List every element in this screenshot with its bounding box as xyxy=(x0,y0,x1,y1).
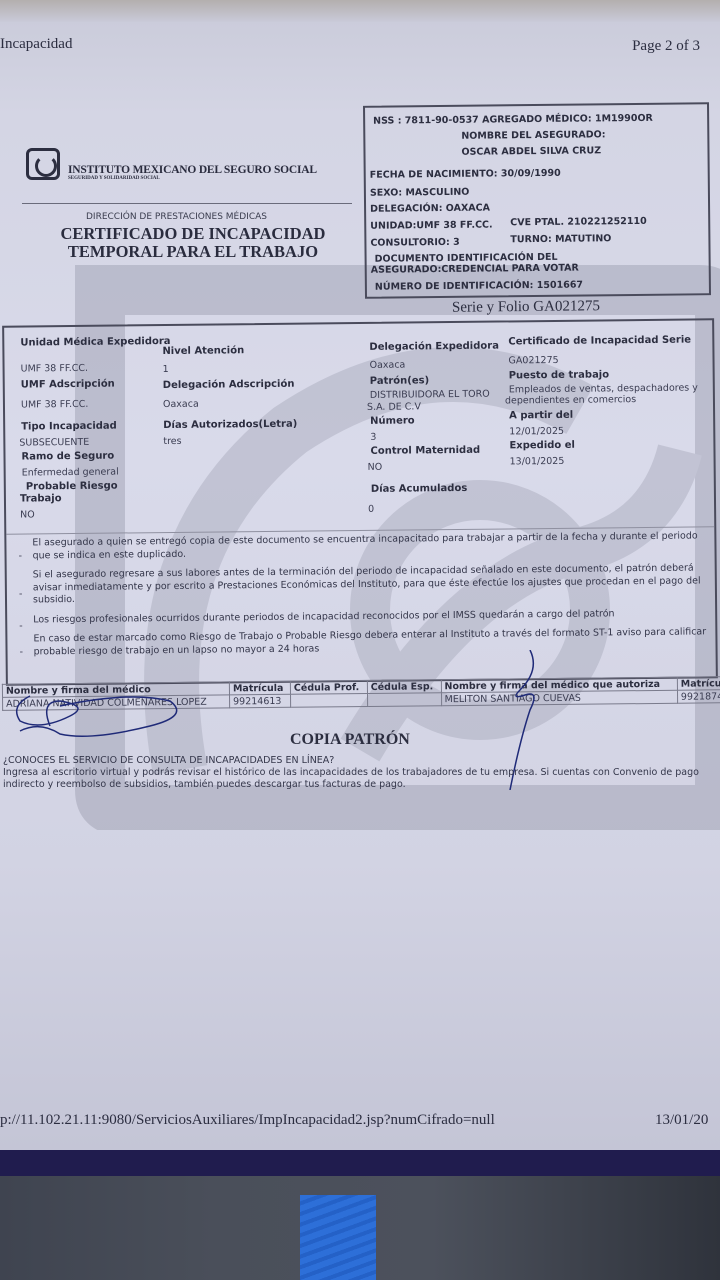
certificate-title: CERTIFICADO DE INCAPACIDAD TEMPORAL PARA… xyxy=(48,225,338,261)
doctor-signature-icon xyxy=(0,686,200,746)
value-nivel-atencion: 1 xyxy=(163,364,169,375)
label-nivel-atencion: Nivel Atención xyxy=(162,345,244,357)
label-umf-adscripcion: UMF Adscripción xyxy=(21,379,115,391)
value-cert-serie: GA021275 xyxy=(508,355,558,367)
value-matricula-auth: 9921874 xyxy=(677,690,720,704)
value-numero: 3 xyxy=(370,432,376,443)
value-delegacion-expedidora: Oaxaca xyxy=(370,360,406,371)
value-delegacion-adscripcion: Oaxaca xyxy=(163,399,199,410)
unit: UNIDAD:UMF 38 FF.CC. xyxy=(370,219,492,231)
print-footer-date: 13/01/20 xyxy=(655,1112,708,1129)
value-puesto-line2: dependientes en comercios xyxy=(505,394,636,406)
service-question: ¿CONOCES EL SERVICIO DE CONSULTA DE INCA… xyxy=(3,755,719,767)
id-number: NÚMERO DE IDENTIFICACIÓN: 1501667 xyxy=(375,280,583,293)
value-patron-line2: S.A. DE C.V xyxy=(367,401,421,413)
value-dias-autorizados: tres xyxy=(163,436,181,447)
label-dias-autorizados: Días Autorizados(Letra) xyxy=(163,419,297,431)
certificate-details-box: Unidad Médica Expedidora UMF 38 FF.CC. N… xyxy=(2,318,718,685)
imss-logo-icon xyxy=(26,148,60,180)
certificate-title-line1: CERTIFICADO DE INCAPACIDAD xyxy=(48,225,338,243)
header-matricula: Matrícula xyxy=(229,681,290,695)
header-cedula-esp: Cédula Esp. xyxy=(367,680,441,694)
print-header-title: Incapacidad xyxy=(0,36,72,53)
print-footer-url: p://11.102.21.11:9080/ServiciosAuxiliare… xyxy=(0,1112,495,1129)
value-cedula-prof xyxy=(290,693,367,707)
service-text: Ingresa al escritorio virtual y podrás r… xyxy=(3,767,719,791)
copy-label: COPIA PATRÓN xyxy=(290,731,410,749)
label-unidad-medica: Unidad Médica Expedidora xyxy=(20,336,170,349)
zipper-icon xyxy=(300,1195,376,1280)
value-ramo-seguro: Enfermedad general xyxy=(22,467,119,479)
header-cedula-prof: Cédula Prof. xyxy=(290,680,367,694)
direction-label: DIRECCIÓN DE PRESTACIONES MÉDICAS xyxy=(86,212,267,222)
consultorio: CONSULTORIO: 3 xyxy=(370,237,459,249)
value-probable-riesgo: NO xyxy=(20,509,35,520)
header-matricula-auth: Matrícul xyxy=(677,677,720,691)
turno: TURNO: MATUTINO xyxy=(510,233,611,245)
value-umf-adscripcion: UMF 38 FF.CC. xyxy=(21,399,89,411)
institution-name: INSTITUTO MEXICANO DEL SEGURO SOCIAL xyxy=(68,164,317,176)
label-delegacion-expedidora: Delegación Expedidora xyxy=(369,341,499,353)
value-tipo-incapacidad: SUBSECUENTE xyxy=(19,437,89,449)
printed-document: Incapacidad Page 2 of 3 INSTITUTO MEXICA… xyxy=(0,0,720,1150)
label-delegacion-adscripcion: Delegación Adscripción xyxy=(163,379,295,391)
note-item: En caso de estar marcado como Riesgo de … xyxy=(17,626,707,658)
insured-name-label: NOMBRE DEL ASEGURADO: xyxy=(461,129,605,142)
label-dias-acumulados: Días Acumulados xyxy=(371,483,468,495)
label-a-partir-del: A partir del xyxy=(509,410,573,422)
paper-edge-shadow xyxy=(0,0,720,22)
value-expedido-el: 13/01/2025 xyxy=(510,456,565,468)
page-indicator: Page 2 of 3 xyxy=(632,38,700,55)
legal-notes: El asegurado a quien se entregó copia de… xyxy=(16,530,707,665)
birth-date: FECHA DE NACIMIENTO: 30/09/1990 xyxy=(370,168,561,181)
insured-name: OSCAR ABDEL SILVA CRUZ xyxy=(461,145,601,157)
doc-id-line2: ASEGURADO:CREDENCIAL PARA VOTAR xyxy=(371,263,579,276)
header-divider xyxy=(22,203,352,204)
delegation: DELEGACIÓN: OAXACA xyxy=(370,202,490,214)
certificate-title-line2: TEMPORAL PARA EL TRABAJO xyxy=(48,243,338,261)
label-control-maternidad: Control Maternidad xyxy=(370,445,480,457)
label-numero: Número xyxy=(370,415,415,426)
cve-ptal: CVE PTAL. 210221252110 xyxy=(510,216,647,228)
value-control-maternidad: NO xyxy=(368,462,383,473)
value-patron: DISTRIBUIDORA EL TORO xyxy=(370,389,490,401)
value-a-partir-del: 12/01/2025 xyxy=(509,426,564,438)
nss-line: NSS : 7811-90-0537 AGREGADO MÉDICO: 1M19… xyxy=(373,113,653,127)
label-tipo-incapacidad: Tipo Incapacidad xyxy=(21,421,117,433)
label-patron: Patrón(es) xyxy=(370,375,430,387)
label-ramo-seguro: Ramo de Seguro xyxy=(21,451,114,463)
label-puesto: Puesto de trabajo xyxy=(509,369,610,381)
label-cert-serie: Certificado de Incapacidad Serie xyxy=(508,335,691,348)
folder-edge xyxy=(0,1150,720,1176)
label-expedido-el: Expedido el xyxy=(509,440,575,452)
insured-info-box: NSS : 7811-90-0537 AGREGADO MÉDICO: 1M19… xyxy=(363,102,711,299)
sex: SEXO: MASCULINO xyxy=(370,187,470,199)
value-cedula-esp xyxy=(367,693,441,707)
note-item: El asegurado a quien se entregó copia de… xyxy=(16,530,706,562)
label-probable-riesgo: Probable Riesgo xyxy=(26,481,118,493)
label-probable-riesgo-line2: Trabajo xyxy=(20,493,62,504)
value-matricula: 99214613 xyxy=(230,694,291,708)
note-item: Los riesgos profesionales ocurridos dura… xyxy=(17,607,707,627)
value-dias-acumulados: 0 xyxy=(368,504,374,515)
serie-folio: Serie y Folio GA021275 xyxy=(452,298,600,317)
note-item: Si el asegurado regresare a sus labores … xyxy=(17,562,707,607)
online-service-notice: ¿CONOCES EL SERVICIO DE CONSULTA DE INCA… xyxy=(3,755,719,791)
value-unidad-medica: UMF 38 FF.CC. xyxy=(21,363,89,375)
institution-tagline: SEGURIDAD Y SOLIDARIDAD SOCIAL xyxy=(68,176,160,181)
